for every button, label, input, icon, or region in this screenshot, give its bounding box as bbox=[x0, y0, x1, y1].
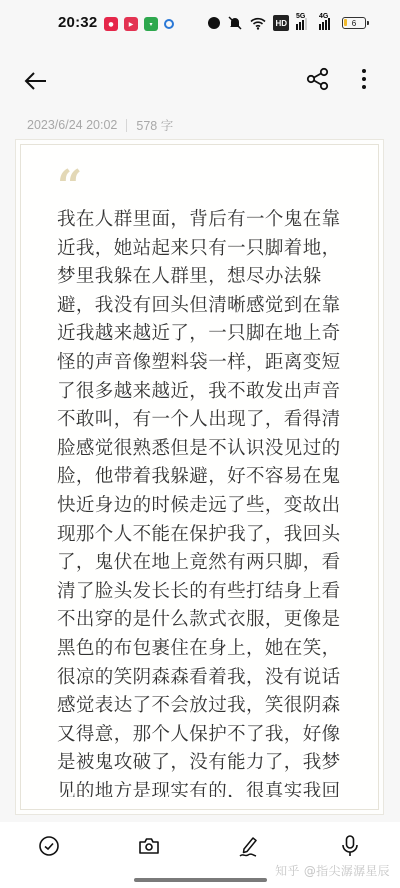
system-icons: HD 5G 4G 6 bbox=[208, 15, 366, 31]
microphone-icon bbox=[339, 834, 361, 858]
note-timestamp: 2023/6/24 20:02 bbox=[27, 118, 117, 132]
note-line: 近我，她站起来只有一只脚着地， bbox=[57, 235, 357, 264]
note-line: 了，鬼伏在地上竟然有两只脚，看 bbox=[57, 549, 357, 578]
note-line: 我在人群里面，背后有一个鬼在靠 bbox=[57, 206, 357, 235]
mute-bell-icon bbox=[227, 15, 243, 31]
note-line: 怪的声音像塑料袋一样，距离变短 bbox=[57, 349, 357, 378]
note-line: 很凉的笑阴森森看着我，没有说话 bbox=[57, 664, 357, 693]
share-icon bbox=[304, 65, 332, 93]
pen-scribble-icon bbox=[237, 834, 261, 858]
note-card: “ 我在人群里面，背后有一个鬼在靠 近我，她站起来只有一只脚着地， 梦里我躲在人… bbox=[15, 139, 384, 815]
note-line: 又得意，那个人保护不了我，好像 bbox=[57, 721, 357, 750]
note-line: 不敢叫，有一个人出现了，看得清 bbox=[57, 406, 357, 435]
camera-icon bbox=[138, 835, 160, 857]
hd-voice-icon: HD bbox=[273, 15, 289, 31]
quote-mark-icon: “ bbox=[57, 165, 82, 209]
note-card-inner[interactable]: “ 我在人群里面，背后有一个鬼在靠 近我，她站起来只有一只脚着地， 梦里我躲在人… bbox=[20, 144, 379, 810]
note-body[interactable]: 我在人群里面，背后有一个鬼在靠 近我，她站起来只有一只脚着地， 梦里我躲在人群里… bbox=[57, 206, 357, 797]
note-line: 脸，他带着我躲避，好不容易在鬼 bbox=[57, 463, 357, 492]
notes-screen: 20:32 ● ▶ ▾ HD 5G 4G 6 bbox=[0, 0, 400, 888]
more-options-button[interactable] bbox=[352, 65, 376, 93]
signal-5g-icon: 5G bbox=[296, 16, 312, 30]
check-circle-icon bbox=[38, 835, 60, 857]
checklist-button[interactable] bbox=[33, 830, 65, 862]
sync-icon bbox=[164, 19, 174, 29]
wifi-icon bbox=[250, 15, 266, 31]
back-button[interactable] bbox=[22, 67, 50, 95]
note-line: 见的地方是现实有的，很真实我回 bbox=[57, 778, 357, 797]
note-line: 快近身边的时候走远了些，变故出 bbox=[57, 492, 357, 521]
voice-input-button[interactable] bbox=[334, 830, 366, 862]
video-app-icon: ▶ bbox=[124, 17, 138, 31]
alarm-icon bbox=[208, 15, 220, 31]
share-button[interactable] bbox=[304, 65, 332, 93]
status-time: 20:32 bbox=[58, 14, 97, 31]
note-line: 梦里我躲在人群里，想尽办法躲 bbox=[57, 263, 357, 292]
handwriting-button[interactable] bbox=[233, 830, 265, 862]
notification-icons: ● ▶ ▾ bbox=[104, 17, 174, 31]
note-line: 是被鬼攻破了，没有能力了，我梦 bbox=[57, 749, 357, 778]
camera-button[interactable] bbox=[133, 830, 165, 862]
note-line: 现那个人不能在保护我了，我回头 bbox=[57, 521, 357, 550]
note-line: 脸感觉很熟悉但是不认识没见过的 bbox=[57, 435, 357, 464]
note-line: 黑色的布包裹住在身上，她在笑， bbox=[57, 635, 357, 664]
meta-divider bbox=[126, 119, 127, 132]
more-vertical-icon bbox=[352, 65, 376, 93]
note-toolbar bbox=[0, 55, 400, 105]
note-meta: 2023/6/24 20:02 578 字 bbox=[27, 116, 173, 134]
watermark: 知乎 @指尖潺潺星辰 bbox=[275, 862, 390, 879]
download-app-icon: ▾ bbox=[144, 17, 158, 31]
note-line: 清了脸头发长长的有些打结身上看 bbox=[57, 578, 357, 607]
arrow-left-icon bbox=[22, 67, 50, 95]
note-line: 不出穿的是什么款式衣服，更像是 bbox=[57, 606, 357, 635]
battery-icon: 6 bbox=[342, 17, 366, 29]
note-line: 感觉表达了不会放过我，笑很阴森 bbox=[57, 692, 357, 721]
bottom-action-bar: 知乎 @指尖潺潺星辰 bbox=[0, 822, 400, 888]
news-app-icon: ● bbox=[104, 17, 118, 31]
status-bar: 20:32 ● ▶ ▾ HD 5G 4G 6 bbox=[0, 0, 400, 50]
word-count: 578 字 bbox=[136, 116, 173, 134]
note-line: 了很多越来越近，我不敢发出声音 bbox=[57, 378, 357, 407]
note-line: 避，我没有回头但清晰感觉到在靠 bbox=[57, 292, 357, 321]
signal-4g-icon: 4G bbox=[319, 16, 335, 30]
home-indicator[interactable] bbox=[134, 878, 267, 882]
note-line: 近我越来越近了，一只脚在地上奇 bbox=[57, 320, 357, 349]
